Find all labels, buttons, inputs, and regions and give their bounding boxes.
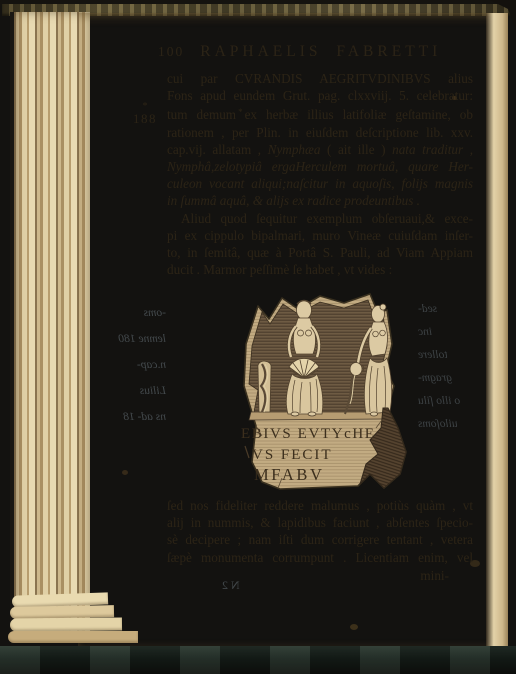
body-line: sè decipere ; nam iſti dum corrigere ten… xyxy=(167,531,473,548)
page-curl-edge xyxy=(10,618,122,632)
showthrough-text-right: sed- inc tollere gragm- o illo ſilu uilo… xyxy=(418,298,476,436)
body-line-italic: culeon vocant aliqui;naſcitur in aquoſis… xyxy=(167,175,473,192)
body-line: ducit . Marmor peſſimè ſe habet , vt vid… xyxy=(167,261,473,278)
showthrough-line: ns ad- 18 xyxy=(92,404,166,430)
foxing-spot xyxy=(350,624,358,630)
catchword: mini- xyxy=(420,568,449,583)
page-number: 100 xyxy=(158,44,184,60)
nymph-right-torso xyxy=(369,322,388,356)
body-text: cui par CVRANDIS AEGRITVDINIBVS alius Fo… xyxy=(167,70,473,278)
showthrough-line: n.cap- xyxy=(92,352,166,378)
running-title: RAPHAELIS FABRETTI xyxy=(200,43,441,61)
body-line: rationem , per Plin. in eiuſdem deſcript… xyxy=(167,124,473,141)
inscription-line-2: VS FECIT xyxy=(252,447,333,463)
inscription-line-3: MFABV xyxy=(254,465,324,484)
body-line: alij in nummis, & lapidibus faciunt , ab… xyxy=(167,514,473,531)
showthrough-line: inc xyxy=(418,321,476,344)
table-surface-texture xyxy=(0,646,516,674)
body-line-segment: cap.vij. allatam , xyxy=(167,142,261,157)
nymph-right-drapery xyxy=(364,358,391,414)
closing-text: ſed nos fideliter reddere malumus , poti… xyxy=(167,497,473,566)
body-line-segment: tum demum xyxy=(167,107,236,122)
body-line: to, in ſemitâ, quæ à Portâ S. Pauli, ad … xyxy=(167,244,473,261)
engraving-svg: EBIVS EVTYcHE VS FECIT MFABV xyxy=(232,286,413,494)
pillar-with-drapery xyxy=(258,361,271,412)
showthrough-line: Lilius xyxy=(92,378,166,404)
asterisk-reference: * xyxy=(236,107,245,117)
showthrough-text-left: -oms lemne 180 n.cap- Lilius ns ad- 18 xyxy=(92,300,166,430)
body-line-segment-italic: Nymphæa xyxy=(268,142,321,157)
showthrough-line: uiloſoms xyxy=(418,413,476,436)
margin-number: 188 xyxy=(126,114,164,124)
page-fore-edge xyxy=(486,13,508,647)
table-surface xyxy=(0,646,516,674)
body-line-segment: ( ait ille ) xyxy=(327,142,386,157)
foxing-spot xyxy=(122,470,128,475)
page-header: 100 RAPHAELIS FABRETTI xyxy=(158,43,458,61)
margin-note: * 188 xyxy=(126,102,164,124)
body-line: ſæpè monumenta corrumpunt . Licentiam en… xyxy=(167,549,473,566)
inscription-line-1: EBIVS EVTYcHE xyxy=(241,426,376,442)
scanned-book-photo: -oms lemne 180 n.cap- Lilius ns ad- 18 s… xyxy=(0,0,516,674)
body-line: Fons apud eundem Grut. pag. clxxviij. 5.… xyxy=(167,87,473,104)
body-line: pi ex cippulo bipalmari, muro Vineæ cuiu… xyxy=(167,227,473,244)
page-curl-edge xyxy=(8,631,138,643)
showthrough-line: o illo ſilu xyxy=(418,390,476,413)
body-line-italic: Nymphâ,zelotypiâ ergaHerculem mortuâ, qu… xyxy=(167,158,473,175)
showthrough-line: sed- xyxy=(418,298,476,321)
body-line: cap.vij. allatam , Nymphæa ( ait ille ) … xyxy=(167,141,473,158)
body-line-segment: ex herbæ illius latifoliæ geſtamine, ob xyxy=(245,107,473,122)
body-line: cui par CVRANDIS AEGRITVDINIBVS alius xyxy=(167,70,473,87)
body-line: Aliud quod ſequitur exemplum obſeruaui,&… xyxy=(167,210,473,227)
showthrough-line: lemne 180 xyxy=(92,326,166,352)
body-line: ſed nos fideliter reddere malumus , poti… xyxy=(167,497,473,514)
showthrough-line: tollere xyxy=(418,344,476,367)
showthrough-line: gragm- xyxy=(418,367,476,390)
catchword-row: mini- xyxy=(167,568,449,584)
body-line-italic: in ſummâ aquâ, & alijs ex radice prodeun… xyxy=(167,192,473,209)
body-line-segment-italic: nata traditur , xyxy=(392,142,473,157)
body-line: tum demum*ex herbæ illius latifoliæ geſt… xyxy=(167,104,473,123)
showthrough-line: -oms xyxy=(92,300,166,326)
engraving-plate: EBIVS EVTYcHE VS FECIT MFABV xyxy=(232,286,413,494)
nymph-left-torso xyxy=(293,318,315,354)
